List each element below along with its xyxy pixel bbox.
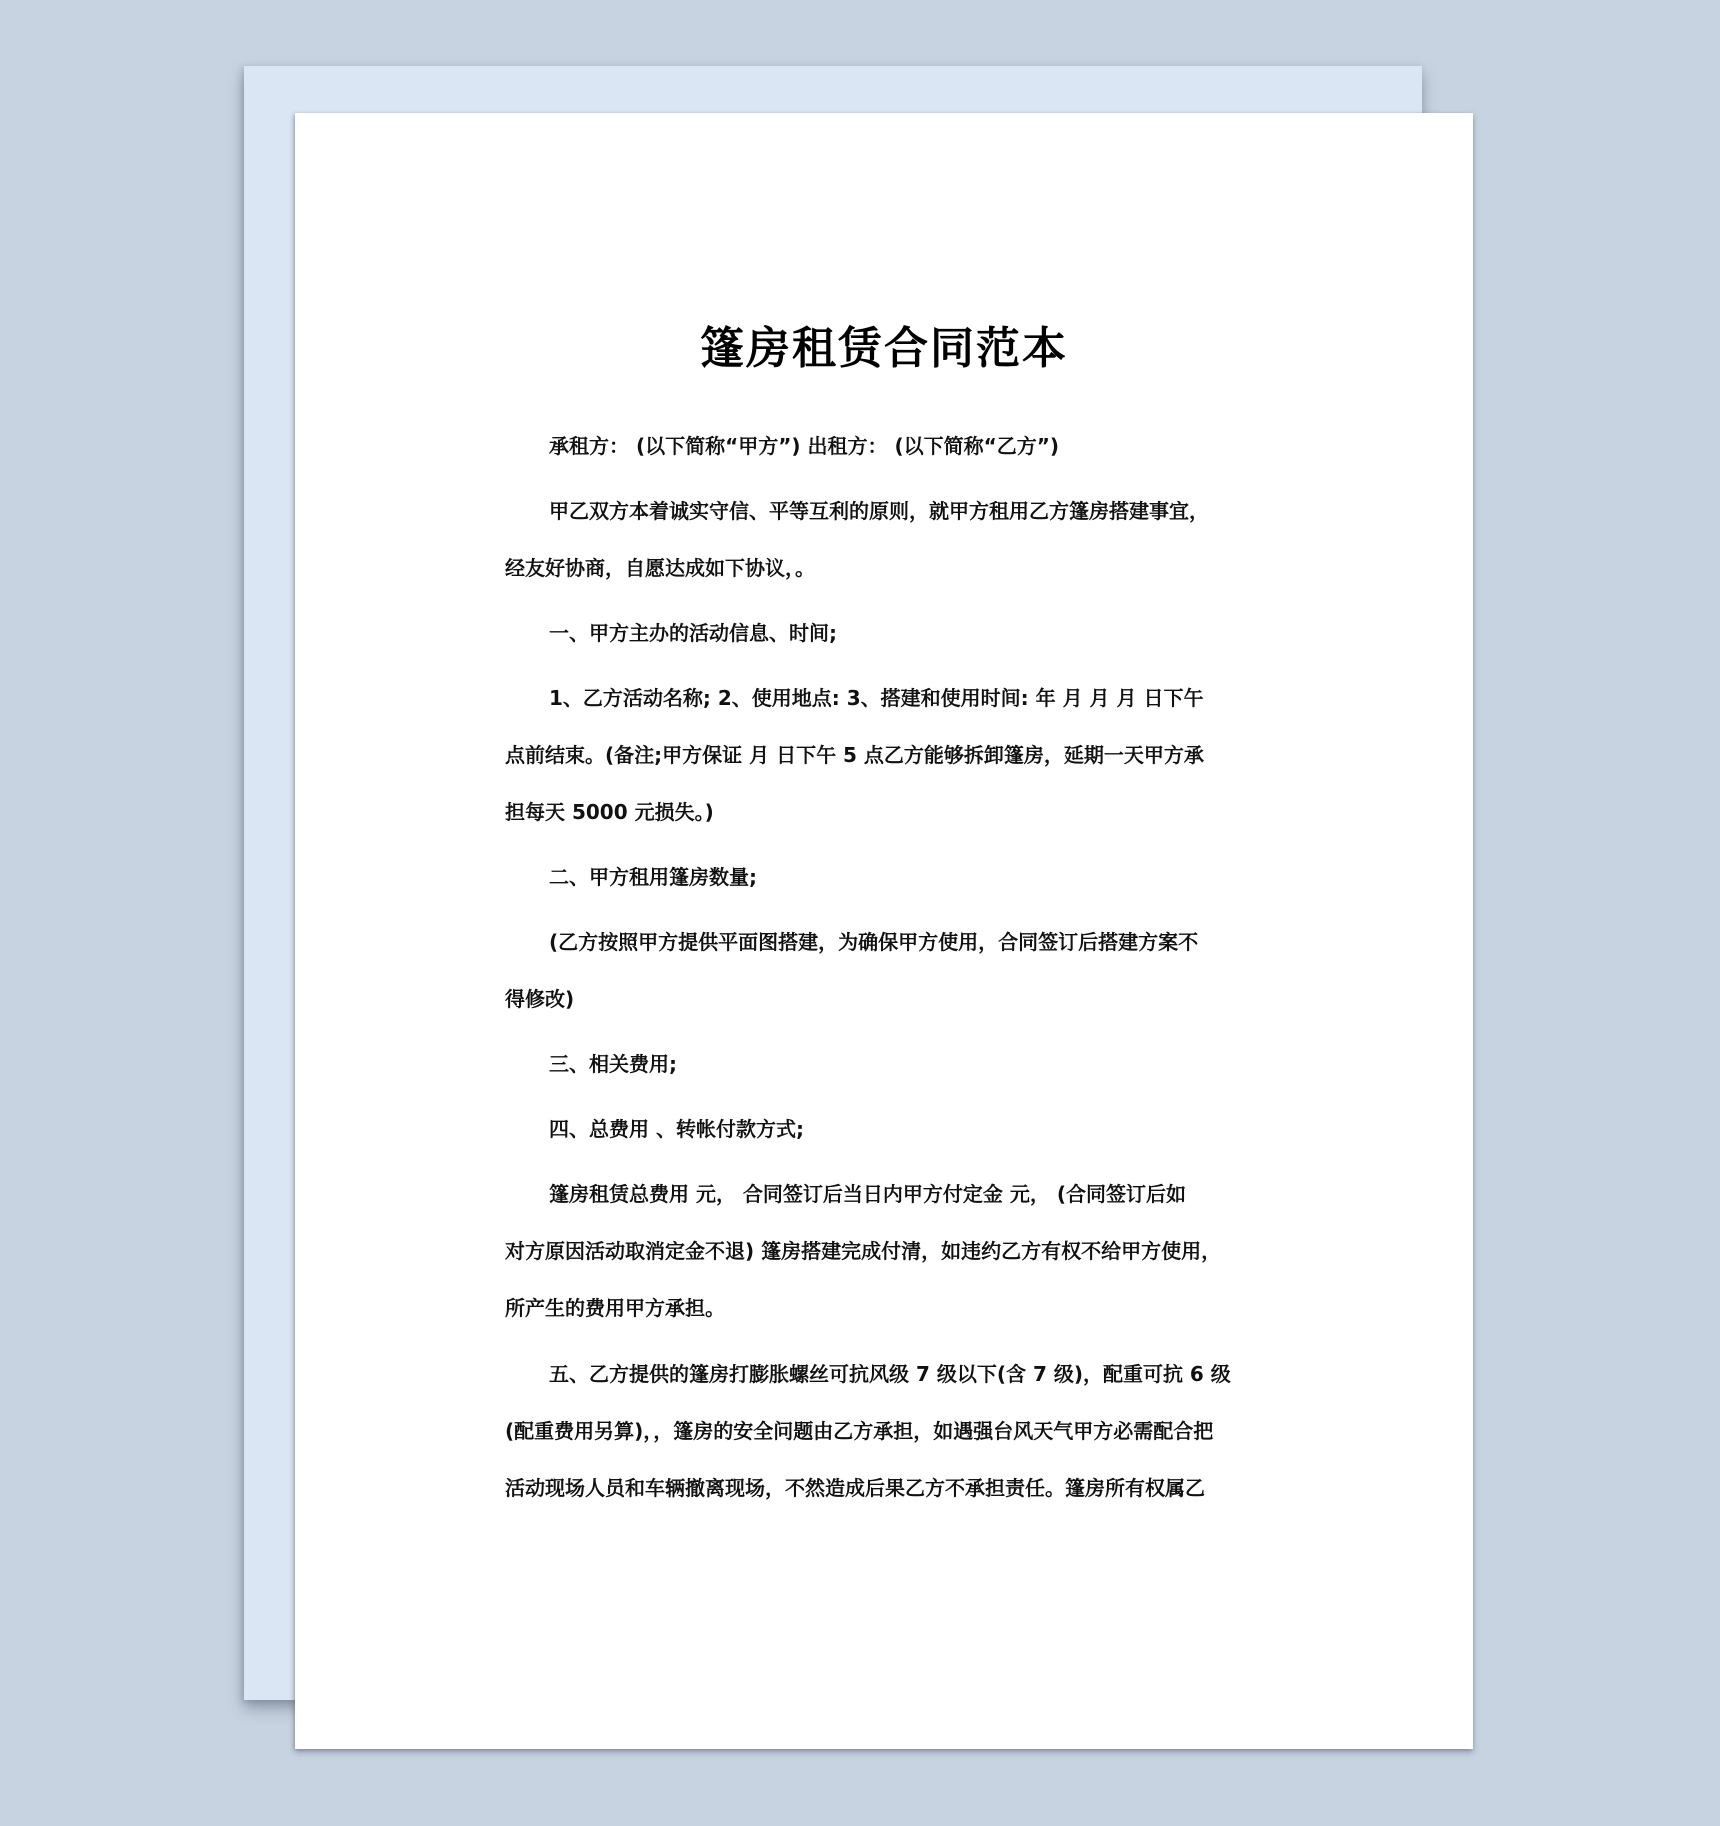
section-2-line-1: (乙方按照甲方提供平面图搭建，为确保甲方使用，合同签订后搭建方案不 xyxy=(505,914,1309,971)
section-1-line-2: 点前结束。(备注;甲方保证 月 日下午 5 点乙方能够拆卸篷房，延期一天甲方承 xyxy=(505,727,1265,784)
section-1-line-3: 担每天 5000 元损失。) xyxy=(505,784,1265,841)
section-3-heading: 三、相关费用; xyxy=(505,1036,1309,1093)
section-1-line-1: 1、乙方活动名称; 2、使用地点: 3、搭建和使用时间: 年 月 月 月 日下午 xyxy=(505,670,1309,727)
section-2-heading: 二、甲方租用篷房数量; xyxy=(505,849,1309,906)
section-4-line-1: 篷房租赁总费用 元， 合同签订后当日内甲方付定金 元， (合同签订后如 xyxy=(505,1166,1309,1223)
intro-line-2: 经友好协商，自愿达成如下协议，。 xyxy=(505,540,1265,597)
section-5-line-3: 活动现场人员和车辆撤离现场，不然造成后果乙方不承担责任。篷房所有权属乙 xyxy=(505,1460,1265,1517)
section-5-line-2: (配重费用另算)，，篷房的安全问题由乙方承担，如遇强台风天气甲方必需配合把 xyxy=(505,1403,1265,1460)
intro-line-1: 甲乙双方本着诚实守信、平等互利的原则，就甲方租用乙方篷房搭建事宜， xyxy=(505,483,1309,540)
parties-line: 承租方： (以下简称“甲方”) 出租方： (以下简称“乙方”) xyxy=(505,418,1309,475)
section-4-line-3: 所产生的费用甲方承担。 xyxy=(505,1280,1265,1337)
section-5-line-1: 五、乙方提供的篷房打膨胀螺丝可抗风级 7 级以下(含 7 级)，配重可抗 6 级 xyxy=(505,1346,1309,1403)
section-2-line-2: 得修改) xyxy=(505,971,1265,1028)
section-4-line-2: 对方原因活动取消定金不退) 篷房搭建完成付清，如违约乙方有权不给甲方使用， xyxy=(505,1223,1265,1280)
section-4-heading: 四、总费用 、转帐付款方式; xyxy=(505,1101,1309,1158)
section-1-heading: 一、甲方主办的活动信息、时间; xyxy=(505,605,1309,662)
document-title: 篷房租赁合同范本 xyxy=(295,312,1473,376)
